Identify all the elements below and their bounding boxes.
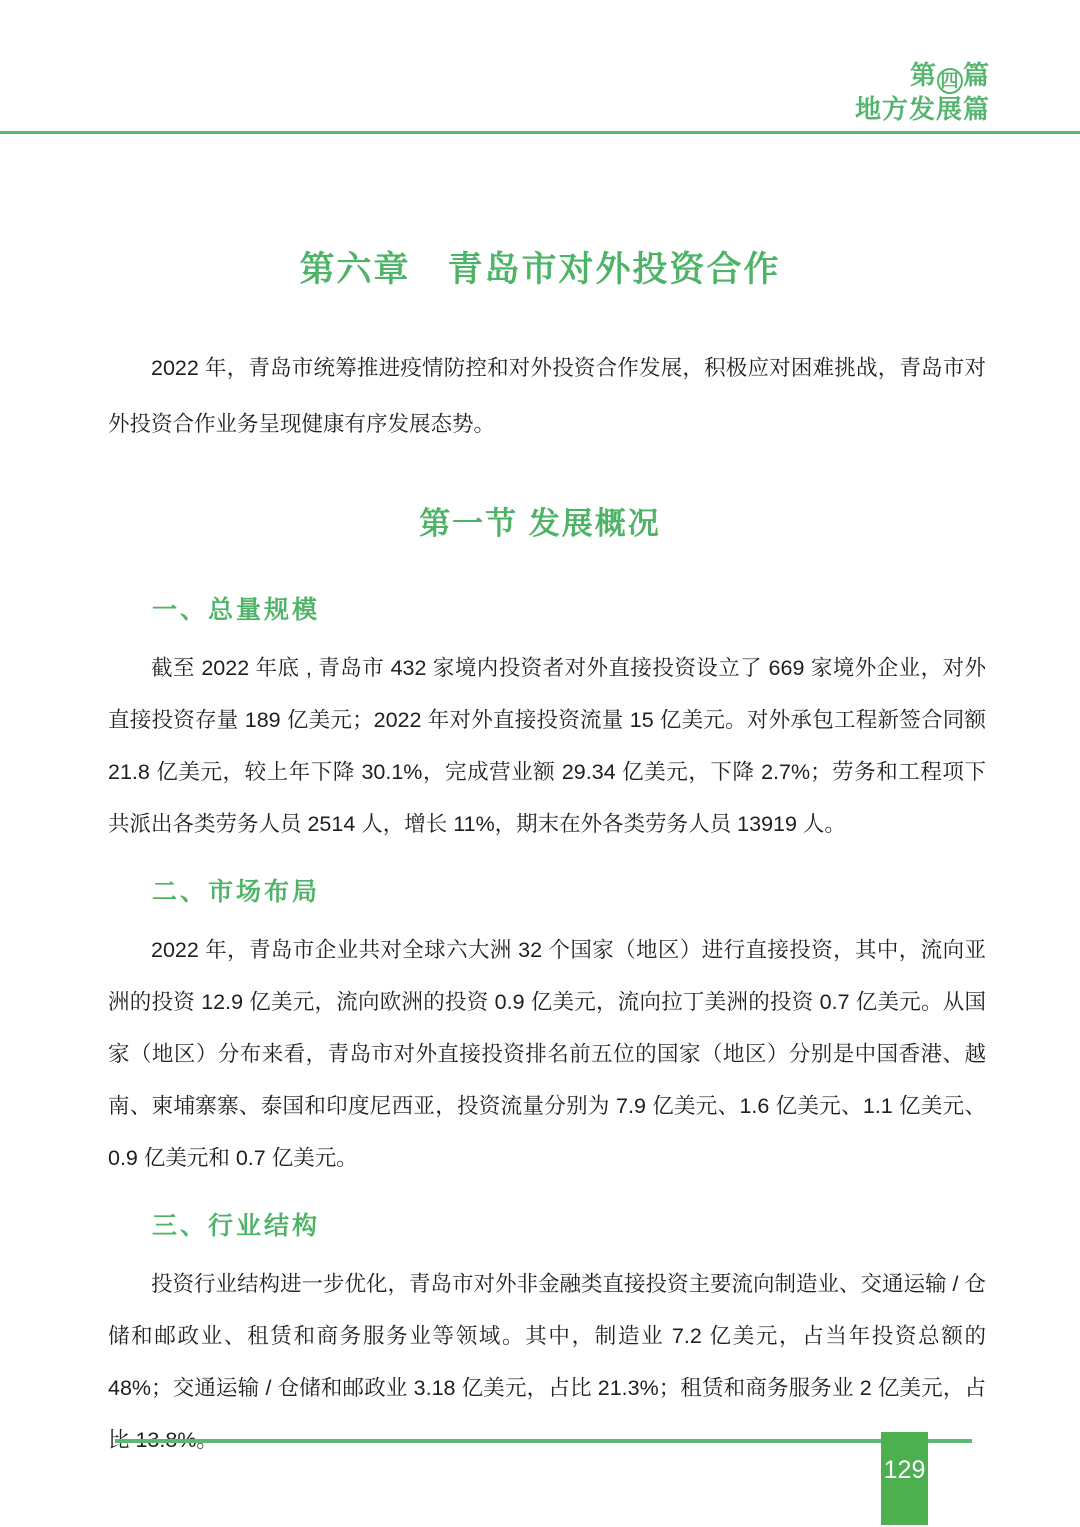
subsection-body-2: 2022 年，青岛市企业共对全球六大洲 32 个国家（地区）进行直接投资，其中，… <box>108 924 986 1184</box>
page-number-badge: 129 <box>881 1432 928 1525</box>
document-page: 第四篇 地方发展篇 第六章 青岛市对外投资合作 2022 年，青岛市统筹推进疫情… <box>0 0 1080 1527</box>
page-content: 第六章 青岛市对外投资合作 2022 年，青岛市统筹推进疫情防控和对外投资合作发… <box>0 0 1080 1466</box>
section-title: 第一节 发展概况 <box>0 504 1080 544</box>
chapter-title: 第六章 青岛市对外投资合作 <box>0 248 1080 292</box>
subsection-heading-3: 三、行业结构 <box>152 1208 1080 1244</box>
subsection-body-1: 截至 2022 年底 , 青岛市 432 家境内投资者对外直接投资设立了 669… <box>108 642 986 850</box>
intro-paragraph: 2022 年，青岛市统筹推进疫情防控和对外投资合作发展，积极应对困难挑战，青岛市… <box>108 340 986 452</box>
subsection-body-3: 投资行业结构进一步优化，青岛市对外非金融类直接投资主要流向制造业、交通运输 / … <box>108 1258 986 1466</box>
subsection-heading-2: 二、市场布局 <box>152 874 1080 910</box>
footer-divider-line <box>115 1439 972 1443</box>
subsection-heading-1: 一、总量规模 <box>152 592 1080 628</box>
